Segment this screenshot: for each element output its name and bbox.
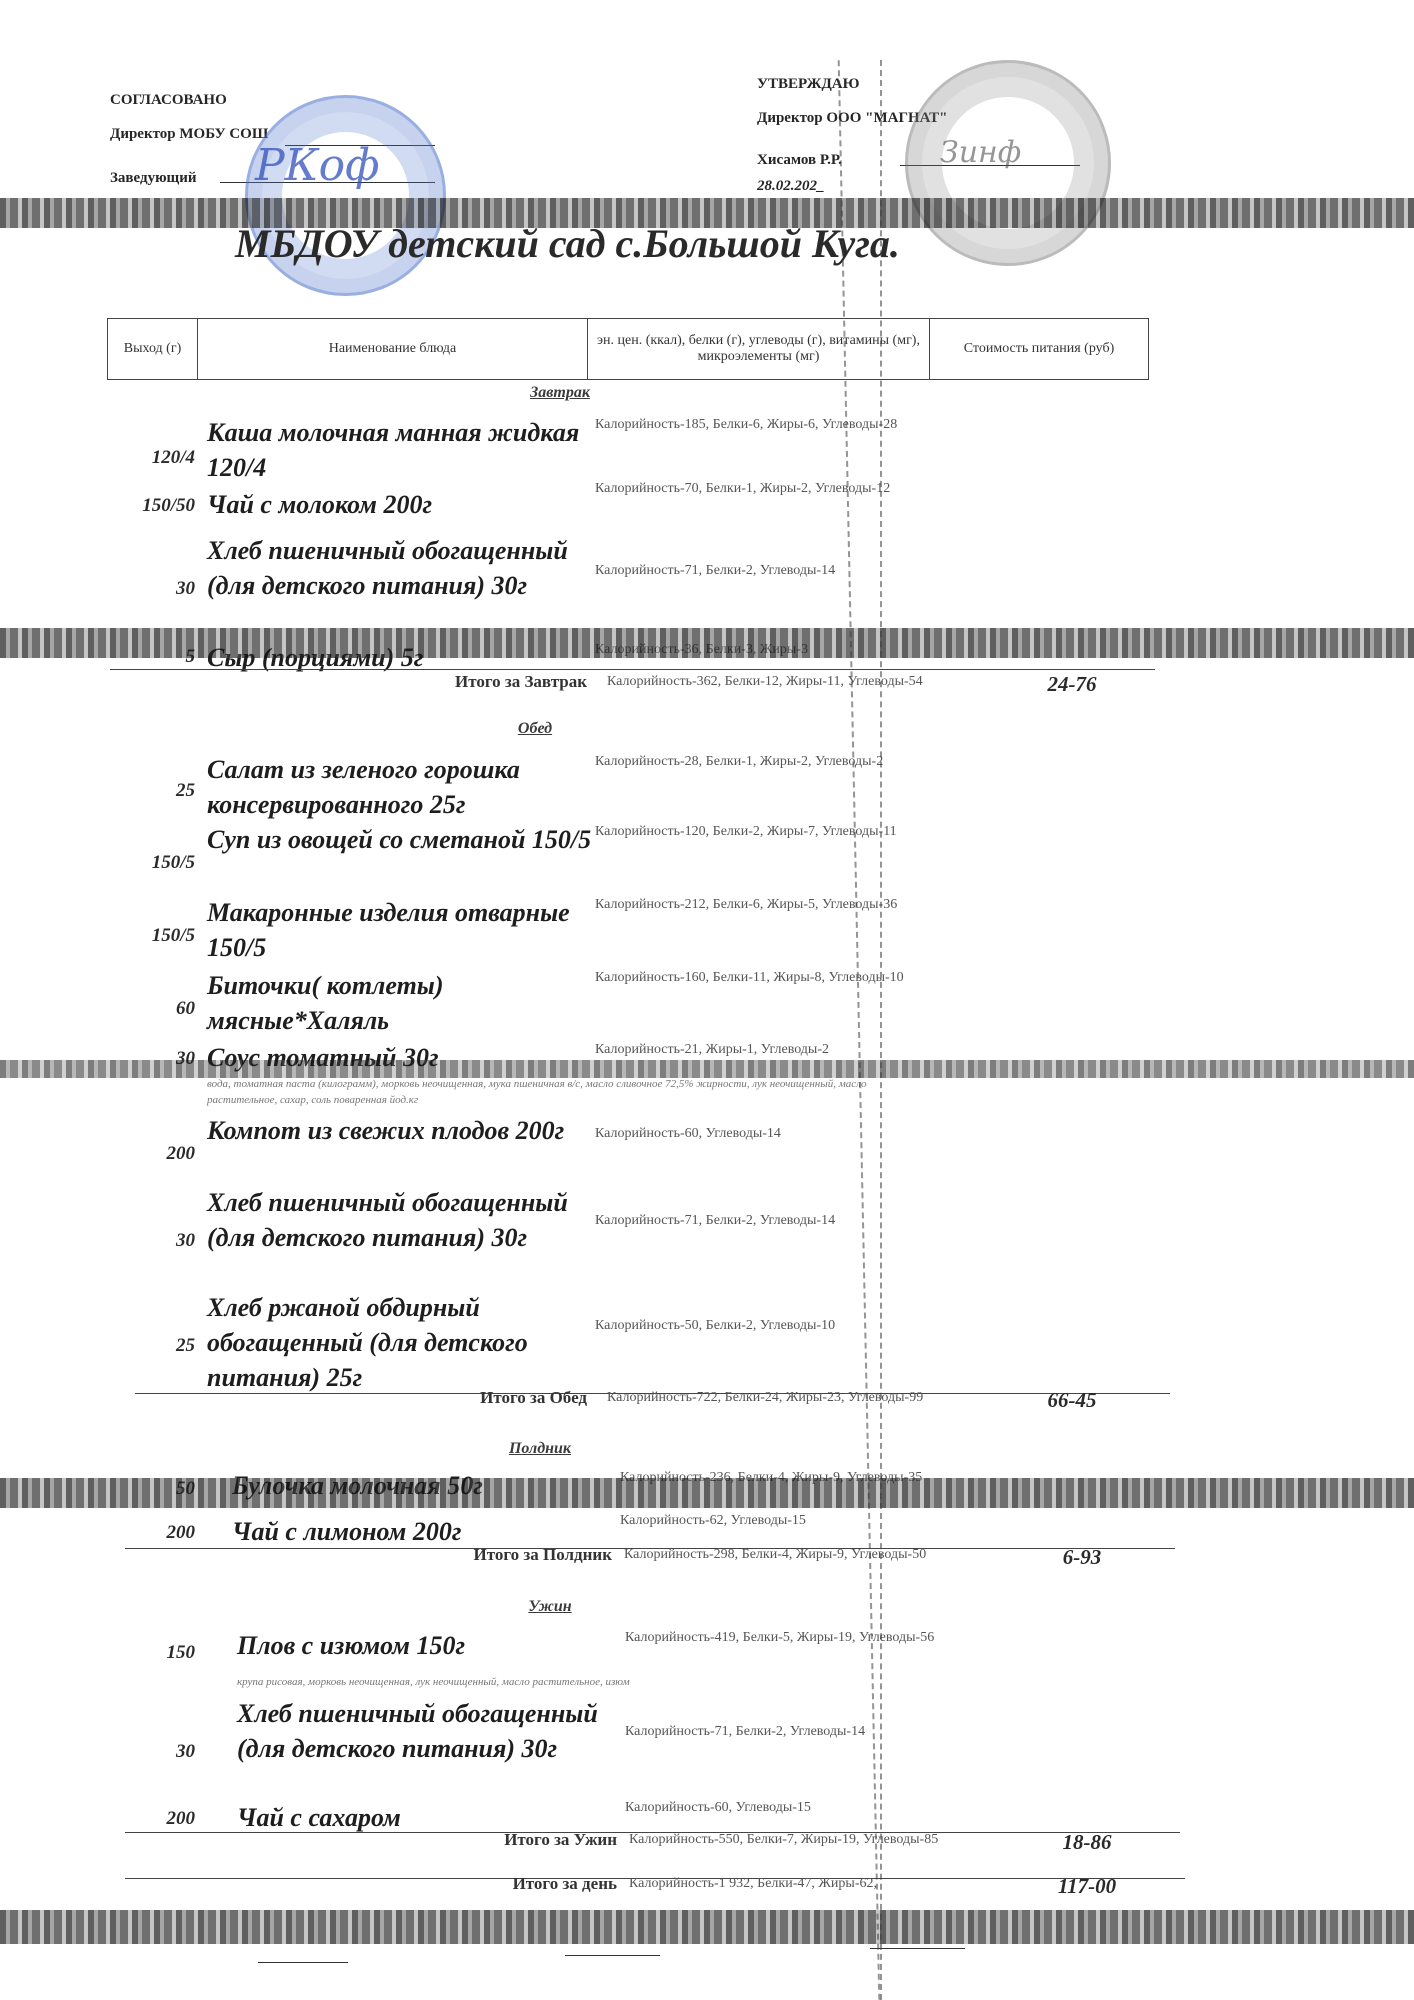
signature-right: Зинф xyxy=(940,135,1021,170)
item-dish: Биточки( котлеты) мясные*Халяль xyxy=(207,968,597,1038)
total-cost: 24-76 xyxy=(1012,672,1132,697)
total-cost: 66-45 xyxy=(1012,1388,1132,1413)
item-output: 150/5 xyxy=(107,852,195,874)
item-nutrition: Калорийность-120, Белки-2, Жиры-7, Углев… xyxy=(595,822,915,842)
item-output: 150 xyxy=(107,1642,195,1664)
item-nutrition: Калорийность-28, Белки-1, Жиры-2, Углево… xyxy=(595,752,915,772)
fold-line xyxy=(880,60,882,2000)
signature-line xyxy=(565,1955,660,1956)
item-output: 30 xyxy=(107,1741,195,1763)
item-nutrition: Калорийность-71, Белки-2, Углеводы-14 xyxy=(625,1722,945,1742)
section-dinner: Ужин xyxy=(470,1598,630,1616)
approval-left-heading: СОГЛАСОВАНО xyxy=(110,92,227,109)
header-output: Выход (г) xyxy=(108,319,198,379)
header-nutrition: эн. цен. (ккал), белки (г), углеводы (г)… xyxy=(588,319,930,379)
item-nutrition: Калорийность-21, Жиры-1, Углеводы-2 xyxy=(595,1040,915,1060)
item-dish: Компот из свежих плодов 200г xyxy=(207,1113,597,1148)
item-output: 25 xyxy=(107,780,195,802)
item-dish: Хлеб пшеничный обогащенный (для детского… xyxy=(237,1696,627,1766)
scan-streak xyxy=(0,1060,1414,1078)
item-dish: Каша молочная манная жидкая 120/4 xyxy=(207,415,597,485)
signature-line xyxy=(870,1948,965,1949)
item-dish: Хлеб пшеничный обогащенный (для детского… xyxy=(207,533,597,603)
item-ingredients: крупа рисовая, морковь неочищенная, лук … xyxy=(237,1674,957,1690)
day-total-cost: 117-00 xyxy=(1027,1874,1147,1899)
item-dish: Хлеб ржаной обдирный обогащенный (для де… xyxy=(207,1290,597,1395)
item-output: 30 xyxy=(107,578,195,600)
item-nutrition: Калорийность-71, Белки-2, Углеводы-14 xyxy=(595,561,915,581)
signature-left: РКоф xyxy=(255,140,380,191)
approval-right-date: 28.02.202_ xyxy=(757,178,825,195)
total-label: Итого за Обед xyxy=(480,1388,587,1408)
signature-line xyxy=(258,1962,348,1963)
item-ingredients: вода, томатная паста (килограмм), морков… xyxy=(207,1076,927,1108)
item-nutrition: Калорийность-62, Углеводы-15 xyxy=(620,1511,940,1531)
item-nutrition: Калорийность-60, Углеводы-14 xyxy=(595,1124,915,1144)
scan-streak xyxy=(0,198,1414,228)
section-lunch: Обед xyxy=(455,720,615,738)
item-nutrition: Калорийность-71, Белки-2, Углеводы-14 xyxy=(595,1211,915,1231)
approval-right-heading: УТВЕРЖДАЮ xyxy=(757,76,860,93)
item-nutrition: Калорийность-185, Белки-6, Жиры-6, Углев… xyxy=(595,415,915,435)
section-snack: Полдник xyxy=(460,1440,620,1458)
approval-right-name: Хисамов Р.Р. xyxy=(757,152,842,169)
scan-streak xyxy=(0,1910,1414,1944)
item-nutrition: Калорийность-419, Белки-5, Жиры-19, Угле… xyxy=(625,1628,945,1648)
item-output: 150/5 xyxy=(107,925,195,947)
header-dish: Наименование блюда xyxy=(198,319,588,379)
item-output: 120/4 xyxy=(107,447,195,469)
item-nutrition: Калорийность-160, Белки-11, Жиры-8, Угле… xyxy=(595,968,915,988)
item-output: 200 xyxy=(107,1808,195,1830)
item-output: 60 xyxy=(107,998,195,1020)
item-nutrition: Калорийность-50, Белки-2, Углеводы-10 xyxy=(595,1316,915,1336)
item-output: 150/50 xyxy=(107,495,195,517)
table-header: Выход (г) Наименование блюда эн. цен. (к… xyxy=(107,318,1149,380)
item-dish: Хлеб пшеничный обогащенный (для детского… xyxy=(207,1185,597,1255)
total-label: Итого за Ужин xyxy=(504,1830,617,1850)
scan-streak xyxy=(0,1478,1414,1508)
approval-left-role: Заведующий xyxy=(110,170,196,187)
item-nutrition: Калорийность-70, Белки-1, Жиры-2, Углево… xyxy=(595,479,915,499)
item-output: 200 xyxy=(107,1143,195,1165)
scan-streak xyxy=(0,628,1414,658)
item-nutrition: Калорийность-60, Углеводы-15 xyxy=(625,1798,945,1818)
item-output: 30 xyxy=(107,1230,195,1252)
item-output: 200 xyxy=(107,1522,195,1544)
day-total-nutrition: Калорийность-1 932, Белки-47, Жиры-62, xyxy=(629,1874,949,1894)
total-nutrition: Калорийность-298, Белки-4, Жиры-9, Углев… xyxy=(624,1545,944,1565)
total-cost: 18-86 xyxy=(1027,1830,1147,1855)
total-nutrition: Калорийность-362, Белки-12, Жиры-11, Угл… xyxy=(607,672,927,692)
day-total-label: Итого за день xyxy=(513,1874,617,1894)
total-label: Итого за Полдник xyxy=(474,1545,613,1565)
divider xyxy=(110,669,1155,670)
item-dish: Чай с молоком 200г xyxy=(207,487,597,522)
section-breakfast: Завтрак xyxy=(480,384,640,402)
item-output: 25 xyxy=(107,1335,195,1357)
item-dish: Салат из зеленого горошка консервированн… xyxy=(207,752,597,822)
total-nutrition: Калорийность-550, Белки-7, Жиры-19, Угле… xyxy=(629,1830,949,1850)
item-dish: Суп из овощей со сметаной 150/5 xyxy=(207,822,597,857)
total-label: Итого за Завтрак xyxy=(455,672,587,692)
header-cost: Стоимость питания (руб) xyxy=(930,319,1148,379)
approval-left-position: Директор МОБУ СОШ xyxy=(110,126,268,143)
total-nutrition: Калорийность-722, Белки-24, Жиры-23, Угл… xyxy=(607,1388,927,1408)
item-dish: Чай с лимоном 200г xyxy=(232,1514,622,1549)
total-cost: 6-93 xyxy=(1022,1545,1142,1570)
item-dish: Макаронные изделия отварные 150/5 xyxy=(207,895,597,965)
item-dish: Плов с изюмом 150г xyxy=(237,1628,627,1663)
item-nutrition: Калорийность-212, Белки-6, Жиры-5, Углев… xyxy=(595,895,915,915)
